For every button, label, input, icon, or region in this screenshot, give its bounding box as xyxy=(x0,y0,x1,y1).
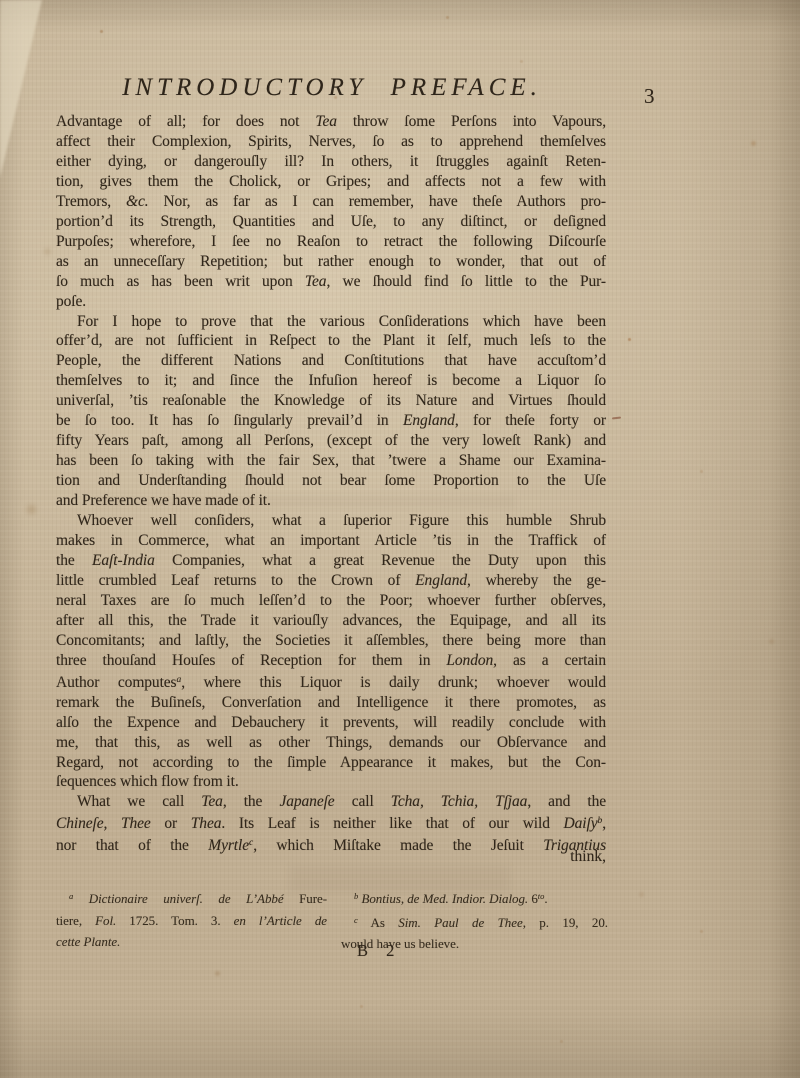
italic-text: cette Plante. xyxy=(56,934,120,949)
italic-text: Eaſt-India xyxy=(92,552,155,569)
italic-text: en l’Article de xyxy=(234,913,327,928)
text-segment: Fure- xyxy=(284,891,327,906)
text-segment: , for theſe forty or xyxy=(455,412,606,429)
printing-artifact-dash xyxy=(612,416,621,419)
text-segment: Advantage of all; for does not xyxy=(56,113,315,130)
text-line: remark the Buſineſs, Converſation and In… xyxy=(56,693,606,713)
italic-text: Tcha, Tchia, Tſjaa xyxy=(391,793,528,810)
text-line: themſelves to it; and ſince the Infuſion… xyxy=(56,371,606,391)
text-line: either dying, or dangerouſly ill? In oth… xyxy=(56,152,606,172)
text-segment: be ſo too. It has ſo ſingularly prevail’… xyxy=(56,412,403,429)
page-number: 3 xyxy=(644,84,655,109)
text-line: What we call Tea, the Japaneſe call Tcha… xyxy=(56,792,606,812)
text-segment: Companies, what a great Revenue the Duty… xyxy=(155,552,606,569)
text-segment: , we ſhould find ſo little to the Pur- xyxy=(326,273,606,290)
text-segment: Tremors, xyxy=(56,193,126,210)
text-segment: univerſal, ’tis reaſonable the Knowledge… xyxy=(56,392,606,409)
text-segment: ſo much as has been writ upon xyxy=(56,273,305,290)
text-segment: 1725. Tom. 3. xyxy=(116,913,233,928)
page-corner-curl xyxy=(0,0,42,178)
italic-text: Chineſe, Thee xyxy=(56,815,151,832)
text-segment: neral Taxes are ſo much leſſen’d to the … xyxy=(56,592,606,609)
text-segment: the xyxy=(56,552,92,569)
text-line: as an unneceſſary Repetition; but rather… xyxy=(56,252,606,272)
text-segment: has been ſo taking with the fair Sex, th… xyxy=(56,452,606,469)
text-segment: Regard, not according to the ſimple Appe… xyxy=(56,754,606,771)
body-text: Advantage of all; for does not Tea throw… xyxy=(56,112,606,856)
text-line: the Eaſt-India Companies, what a great R… xyxy=(56,551,606,571)
text-line: tion, gives them the Cholick, or Gripes;… xyxy=(56,172,606,192)
italic-text: Tea xyxy=(305,273,327,290)
text-line: three thouſand Houſes of Reception for t… xyxy=(56,651,606,671)
text-segment: fifty Years paſt, among all Perſons, (ex… xyxy=(56,432,606,449)
text-segment: , whereby the ge- xyxy=(467,572,606,589)
text-segment: little crumbled Leaf returns to the Crow… xyxy=(56,572,415,589)
text-line: ſo much as has been writ upon Tea, we ſh… xyxy=(56,272,606,292)
text-line: Whoever well conſiders, what a ſuperior … xyxy=(56,511,606,531)
text-segment: As xyxy=(358,915,398,930)
text-segment: , as a certain xyxy=(493,652,606,669)
text-line: Advantage of all; for does not Tea throw… xyxy=(56,112,606,132)
paragraph-1: Advantage of all; for does not Tea throw… xyxy=(56,112,606,312)
text-line: Regard, not according to the ſimple Appe… xyxy=(56,753,606,773)
text-line: Chineſe, Thee or Thea. Its Leaf is neith… xyxy=(56,812,606,834)
text-segment: offer’d, are not ſufficient in Reſpect t… xyxy=(56,332,606,349)
italic-text: England xyxy=(415,572,467,589)
text-segment: remark the Buſineſs, Converſation and In… xyxy=(56,694,606,711)
text-segment: and Preference we have made of it. xyxy=(56,492,271,509)
text-segment: . Its Leaf is neither like that of our w… xyxy=(221,815,563,832)
text-segment: throw ſome Perſons into Vapours, xyxy=(337,113,606,130)
text-line: a Dictionaire univerſ. de L’Abbé Fure- xyxy=(56,886,327,910)
running-head-title: INTRODUCTORY PREFACE. xyxy=(56,74,608,102)
text-segment: either dying, or dangerouſly ill? In oth… xyxy=(56,153,606,170)
text-segment: People, the different Nations and Conſti… xyxy=(56,352,606,369)
text-segment: , the xyxy=(223,793,280,810)
text-segment: What we call xyxy=(77,793,201,810)
text-segment: Whoever well conſiders, what a ſuperior … xyxy=(77,512,606,529)
text-segment: , p. 19, 20. xyxy=(523,915,608,930)
text-line: poſe. xyxy=(56,292,606,312)
text-segment: For I hope to prove that the various Con… xyxy=(77,313,606,330)
text-line: tiere, Fol. 1725. Tom. 3. en l’Article d… xyxy=(56,910,327,932)
text-segment: after all this, the Trade it variouſly a… xyxy=(56,612,606,629)
text-line: Purpoſes; wherefore, I ſee no Reaſon to … xyxy=(56,232,606,252)
paragraph-2: For I hope to prove that the various Con… xyxy=(56,312,606,512)
text-segment: poſe. xyxy=(56,293,86,310)
italic-text: England xyxy=(403,412,455,429)
italic-text: Tea xyxy=(315,113,337,130)
text-line: c As Sim. Paul de Thee, p. 19, 20. xyxy=(341,910,608,934)
text-line: alſo the Expence and Debauchery it preve… xyxy=(56,713,606,733)
text-segment: Concomitants; and laſtly, the Societies … xyxy=(56,632,606,649)
text-line: Tremors, &c. Nor, as far as I can rememb… xyxy=(56,192,606,212)
text-line: Concomitants; and laſtly, the Societies … xyxy=(56,631,606,651)
text-line: b Bontius, de Med. Indior. Dialog. 6to. xyxy=(341,886,608,910)
italic-text: &c. xyxy=(126,193,149,210)
text-line: Author computesa, where this Liquor is d… xyxy=(56,671,606,693)
text-segment: tion and Underſtanding ſhould not bear ſ… xyxy=(56,472,606,489)
text-line: be ſo too. It has ſo ſingularly prevail’… xyxy=(56,411,606,431)
text-line: cette Plante. xyxy=(56,931,327,953)
catchword: think, xyxy=(56,848,606,866)
italic-text: Fol. xyxy=(95,913,116,928)
text-line: offer’d, are not ſufficient in Reſpect t… xyxy=(56,331,606,351)
signature-mark: B 2 xyxy=(357,941,401,961)
text-segment: portion’d its Strength, Quantities and U… xyxy=(56,213,606,230)
paragraph-3: Whoever well conſiders, what a ſuperior … xyxy=(56,511,606,792)
text-segment: themſelves to it; and ſince the Infuſion… xyxy=(56,372,606,389)
italic-text: Thea xyxy=(191,815,222,832)
text-line: univerſal, ’tis reaſonable the Knowledge… xyxy=(56,391,606,411)
text-line: For I hope to prove that the various Con… xyxy=(56,312,606,332)
text-segment: . xyxy=(544,891,547,906)
text-segment: , where this Liquor is daily drunk; whoe… xyxy=(181,674,606,691)
text-segment: call xyxy=(335,793,391,810)
footnote-column-left: a Dictionaire univerſ. de L’Abbé Fure-ti… xyxy=(56,886,327,953)
text-line: after all this, the Trade it variouſly a… xyxy=(56,611,606,631)
text-segment: or xyxy=(151,815,191,832)
text-line: and Preference we have made of it. xyxy=(56,491,606,511)
italic-text: London xyxy=(446,652,493,669)
text-segment: as an unneceſſary Repetition; but rather… xyxy=(56,253,606,270)
italic-text: Tea xyxy=(201,793,223,810)
text-segment: 6 xyxy=(528,891,538,906)
text-segment: , and the xyxy=(527,793,606,810)
text-line: ſequences which flow from it. xyxy=(56,772,606,792)
text-segment: tion, gives them the Cholick, or Gripes;… xyxy=(56,173,606,190)
text-line: me, that this, as well as other Things, … xyxy=(56,733,606,753)
text-line: neral Taxes are ſo much leſſen’d to the … xyxy=(56,591,606,611)
text-line: little crumbled Leaf returns to the Crow… xyxy=(56,571,606,591)
italic-text: Bontius, de Med. Indior. Dialog. xyxy=(361,891,528,906)
text-line: has been ſo taking with the fair Sex, th… xyxy=(56,451,606,471)
italic-text: Sim. Paul de Thee xyxy=(398,915,522,930)
text-segment: affect their Complexion, Spirits, Nerves… xyxy=(56,133,606,150)
text-segment: makes in Commerce, what an important Art… xyxy=(56,532,606,549)
text-line: portion’d its Strength, Quantities and U… xyxy=(56,212,606,232)
text-segment: , xyxy=(602,815,606,832)
text-segment: Nor, as far as I can remember, have theſ… xyxy=(149,193,606,210)
text-segment xyxy=(73,891,89,906)
text-line: fifty Years paſt, among all Perſons, (ex… xyxy=(56,431,606,451)
text-segment: me, that this, as well as other Things, … xyxy=(56,734,606,751)
text-segment: alſo the Expence and Debauchery it preve… xyxy=(56,714,606,731)
italic-text: Daiſy xyxy=(564,815,598,832)
text-line: makes in Commerce, what an important Art… xyxy=(56,531,606,551)
italic-text: Dictionaire univerſ. de L’Abbé xyxy=(89,891,284,906)
text-segment: Purpoſes; wherefore, I ſee no Reaſon to … xyxy=(56,233,606,250)
text-segment: three thouſand Houſes of Reception for t… xyxy=(56,652,446,669)
italic-text: Japaneſe xyxy=(279,793,334,810)
text-line: affect their Complexion, Spirits, Nerves… xyxy=(56,132,606,152)
paragraph-4: What we call Tea, the Japaneſe call Tcha… xyxy=(56,792,606,856)
book-page-scan: INTRODUCTORY PREFACE. 3 Advantage of all… xyxy=(0,0,800,1078)
text-line: People, the different Nations and Conſti… xyxy=(56,351,606,371)
text-segment: ſequences which flow from it. xyxy=(56,773,239,790)
text-segment: Author computes xyxy=(56,674,177,691)
text-line: tion and Underſtanding ſhould not bear ſ… xyxy=(56,471,606,491)
text-segment: tiere, xyxy=(56,913,95,928)
